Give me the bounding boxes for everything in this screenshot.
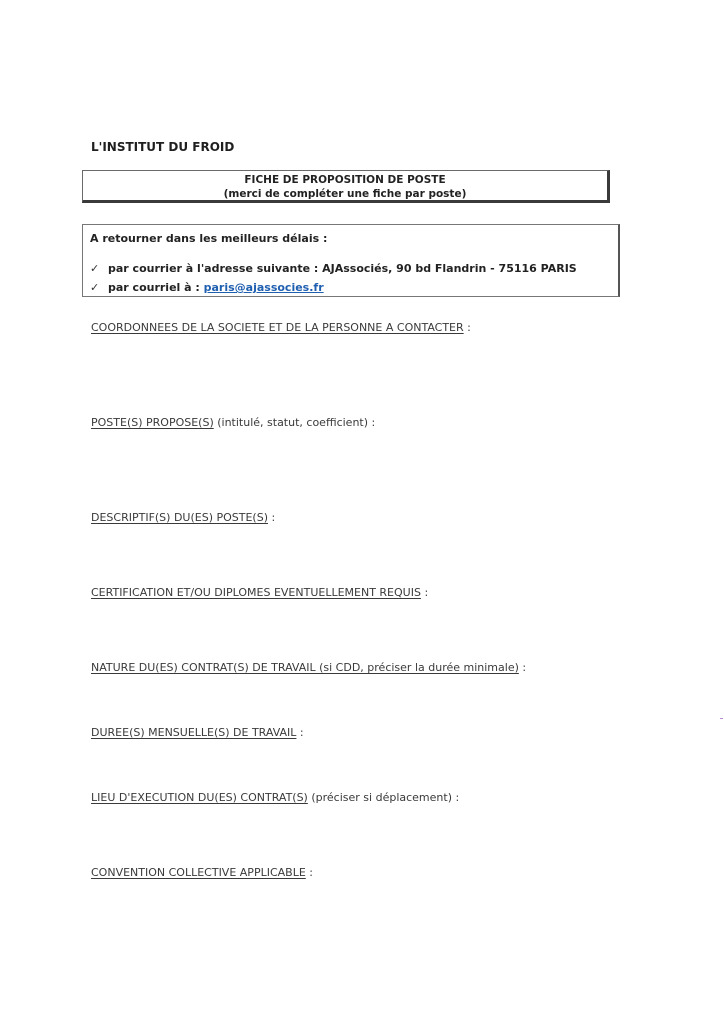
form-title-box: FICHE DE PROPOSITION DE POSTE (merci de … <box>82 170 610 203</box>
field-collective-agreement[interactable]: CONVENTION COLLECTIVE APPLICABLE : <box>91 866 313 879</box>
field-monthly-hours[interactable]: DUREE(S) MENSUELLE(S) DE TRAVAIL : <box>91 726 304 739</box>
field-note: : <box>296 726 303 739</box>
field-company-contact[interactable]: COORDONNEES DE LA SOCIETE ET DE LA PERSO… <box>91 321 471 334</box>
field-certifications[interactable]: CERTIFICATION ET/OU DIPLOMES EVENTUELLEM… <box>91 586 428 599</box>
return-item-text: par courrier à l'adresse suivante : AJAs… <box>108 262 577 275</box>
form-subtitle: (merci de compléter une fiche par poste) <box>83 187 607 201</box>
return-item-mail: ✓ par courrier à l'adresse suivante : AJ… <box>90 262 577 275</box>
field-note: (intitulé, statut, coefficient) : <box>214 416 376 429</box>
field-label: CONVENTION COLLECTIVE APPLICABLE <box>91 866 306 879</box>
field-note: : <box>306 866 313 879</box>
return-heading: A retourner dans les meilleurs délais : <box>90 232 327 245</box>
field-work-location[interactable]: LIEU D'EXECUTION DU(ES) CONTRAT(S) (préc… <box>91 791 459 804</box>
form-title: FICHE DE PROPOSITION DE POSTE <box>83 173 607 187</box>
email-link[interactable]: paris@ajassocies.fr <box>204 281 324 294</box>
field-position-description[interactable]: DESCRIPTIF(S) DU(ES) POSTE(S) : <box>91 511 275 524</box>
field-positions-offered[interactable]: POSTE(S) PROPOSE(S) (intitulé, statut, c… <box>91 416 375 429</box>
field-label: POSTE(S) PROPOSE(S) <box>91 416 214 429</box>
scan-artifact <box>720 718 723 719</box>
field-note: : <box>464 321 471 334</box>
organization-name: L'INSTITUT DU FROID <box>91 140 234 154</box>
field-label: DUREE(S) MENSUELLE(S) DE TRAVAIL <box>91 726 296 739</box>
field-label: LIEU D'EXECUTION DU(ES) CONTRAT(S) <box>91 791 308 804</box>
check-icon: ✓ <box>90 262 108 275</box>
field-label: DESCRIPTIF(S) DU(ES) POSTE(S) <box>91 511 268 524</box>
field-contract-type[interactable]: NATURE DU(ES) CONTRAT(S) DE TRAVAIL (si … <box>91 661 526 674</box>
field-label: NATURE DU(ES) CONTRAT(S) DE TRAVAIL (si … <box>91 661 519 674</box>
field-label: CERTIFICATION ET/OU DIPLOMES EVENTUELLEM… <box>91 586 421 599</box>
check-icon: ✓ <box>90 281 108 294</box>
return-instructions-box: A retourner dans les meilleurs délais : … <box>82 224 620 297</box>
field-label: COORDONNEES DE LA SOCIETE ET DE LA PERSO… <box>91 321 464 334</box>
return-item-email: ✓ par courriel à : paris@ajassocies.fr <box>90 281 324 294</box>
field-note: (préciser si déplacement) : <box>308 791 459 804</box>
field-note: : <box>519 661 526 674</box>
field-note: : <box>268 511 275 524</box>
field-note: : <box>421 586 428 599</box>
return-item-text: par courriel à : <box>108 281 204 294</box>
